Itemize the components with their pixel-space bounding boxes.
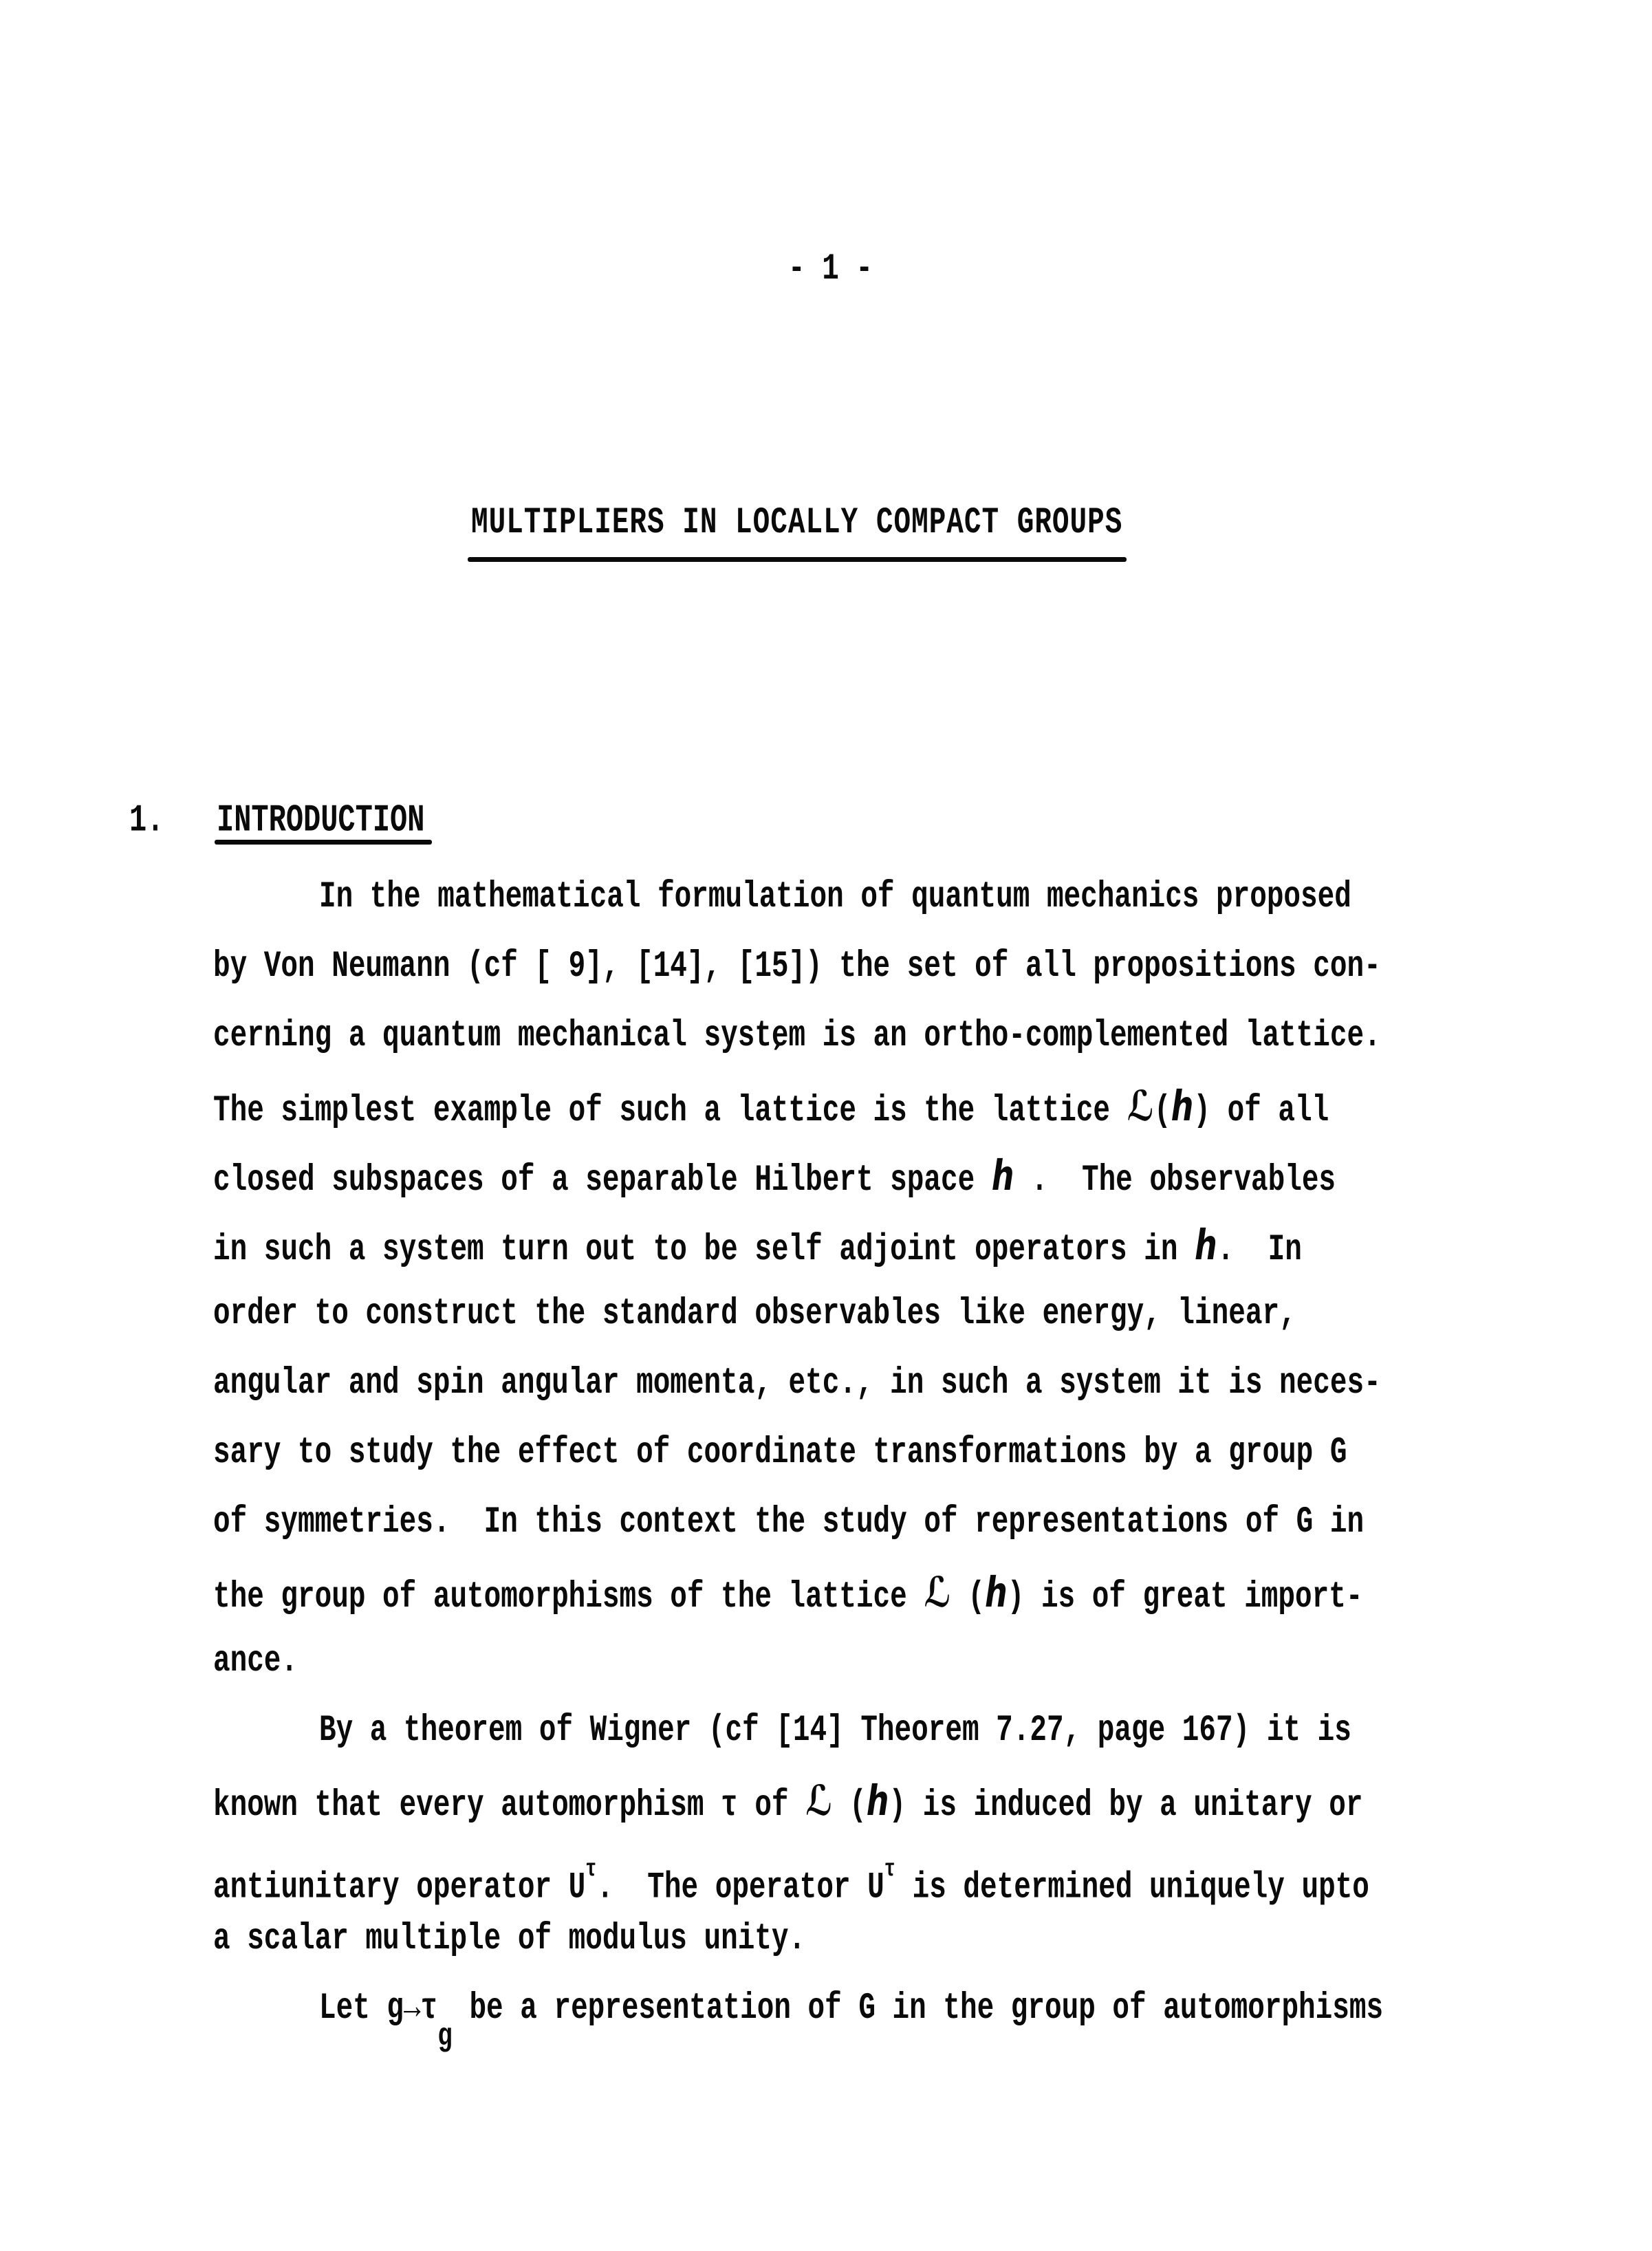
script-math-symbol: ℒ [805,1776,832,1825]
text-segment: By a theorem of Wigner (cf [14] Theorem … [319,1710,1351,1752]
sup-text: τ [585,1856,596,1884]
text-segment: ance. [213,1640,298,1682]
text-segment: . In [1217,1229,1302,1271]
script-math-symbol: ℒ [924,1567,950,1616]
text-segment: be a representation of G in the group of… [453,1988,1383,2030]
text-segment: sary to study the effect of coordinate t… [213,1432,1347,1474]
script-math-symbol: ℎ [1195,1220,1217,1269]
sup-text: τ [884,1856,895,1884]
text-segment: . The observables [1014,1160,1336,1201]
page-number: - 1 - [788,242,873,296]
text-segment: The simplest example of such a lattice i… [213,1090,1127,1132]
script-math-symbol: ℒ [1127,1081,1154,1130]
text-segment: cerning a quantum mechanical system is a… [213,1015,1381,1057]
text-segment: ) is induced by a unitary or [889,1785,1363,1827]
scanned-paper-page: { "page": { "number_label": "- 1 -", "ti… [0,0,1652,2251]
text-segment: Let g→τ [319,1988,437,2030]
text-line: Let g→τg be a representation of G in the… [213,1964,1492,2055]
text-segment: by Von Neumann (cf [ 9], [14], [15]) the… [213,946,1381,988]
section-number: 1. [129,789,164,852]
text-segment: angular and spin angular momenta, etc., … [213,1362,1381,1404]
script-math-symbol: ℎ [867,1776,889,1825]
text-segment: the group of automorphisms of the lattic… [213,1576,924,1618]
script-math-symbol: ℎ [1171,1081,1194,1130]
title-underline [468,557,1127,562]
body-text: In the mathematical formulation of quant… [213,863,1492,2044]
script-math-symbol: ℎ [992,1151,1014,1199]
text-segment: in such a system turn out to be self adj… [213,1229,1195,1271]
text-segment: ) is of great import- [1008,1576,1363,1618]
page-title: MULTIPLIERS IN LOCALLY COMPACT GROUPS [471,492,1122,555]
section-heading-underline [215,840,432,845]
text-segment: closed subspaces of a separable Hilbert … [213,1160,992,1201]
text-segment: In the mathematical formulation of quant… [319,876,1351,918]
text-segment: ( [951,1576,985,1618]
text-segment: ( [1154,1090,1171,1132]
text-segment: of symmetries. In this context the study… [213,1501,1364,1543]
text-segment: ( [833,1785,867,1827]
text-segment: known that every automorphism τ of [213,1785,805,1827]
text-segment: a scalar multiple of modulus unity. [213,1918,805,1960]
sub-text: g [437,2018,453,2055]
text-segment: order to construct the standard observab… [213,1293,1296,1335]
text-segment: ) of all [1193,1090,1329,1132]
script-math-symbol: ℎ [985,1567,1008,1616]
